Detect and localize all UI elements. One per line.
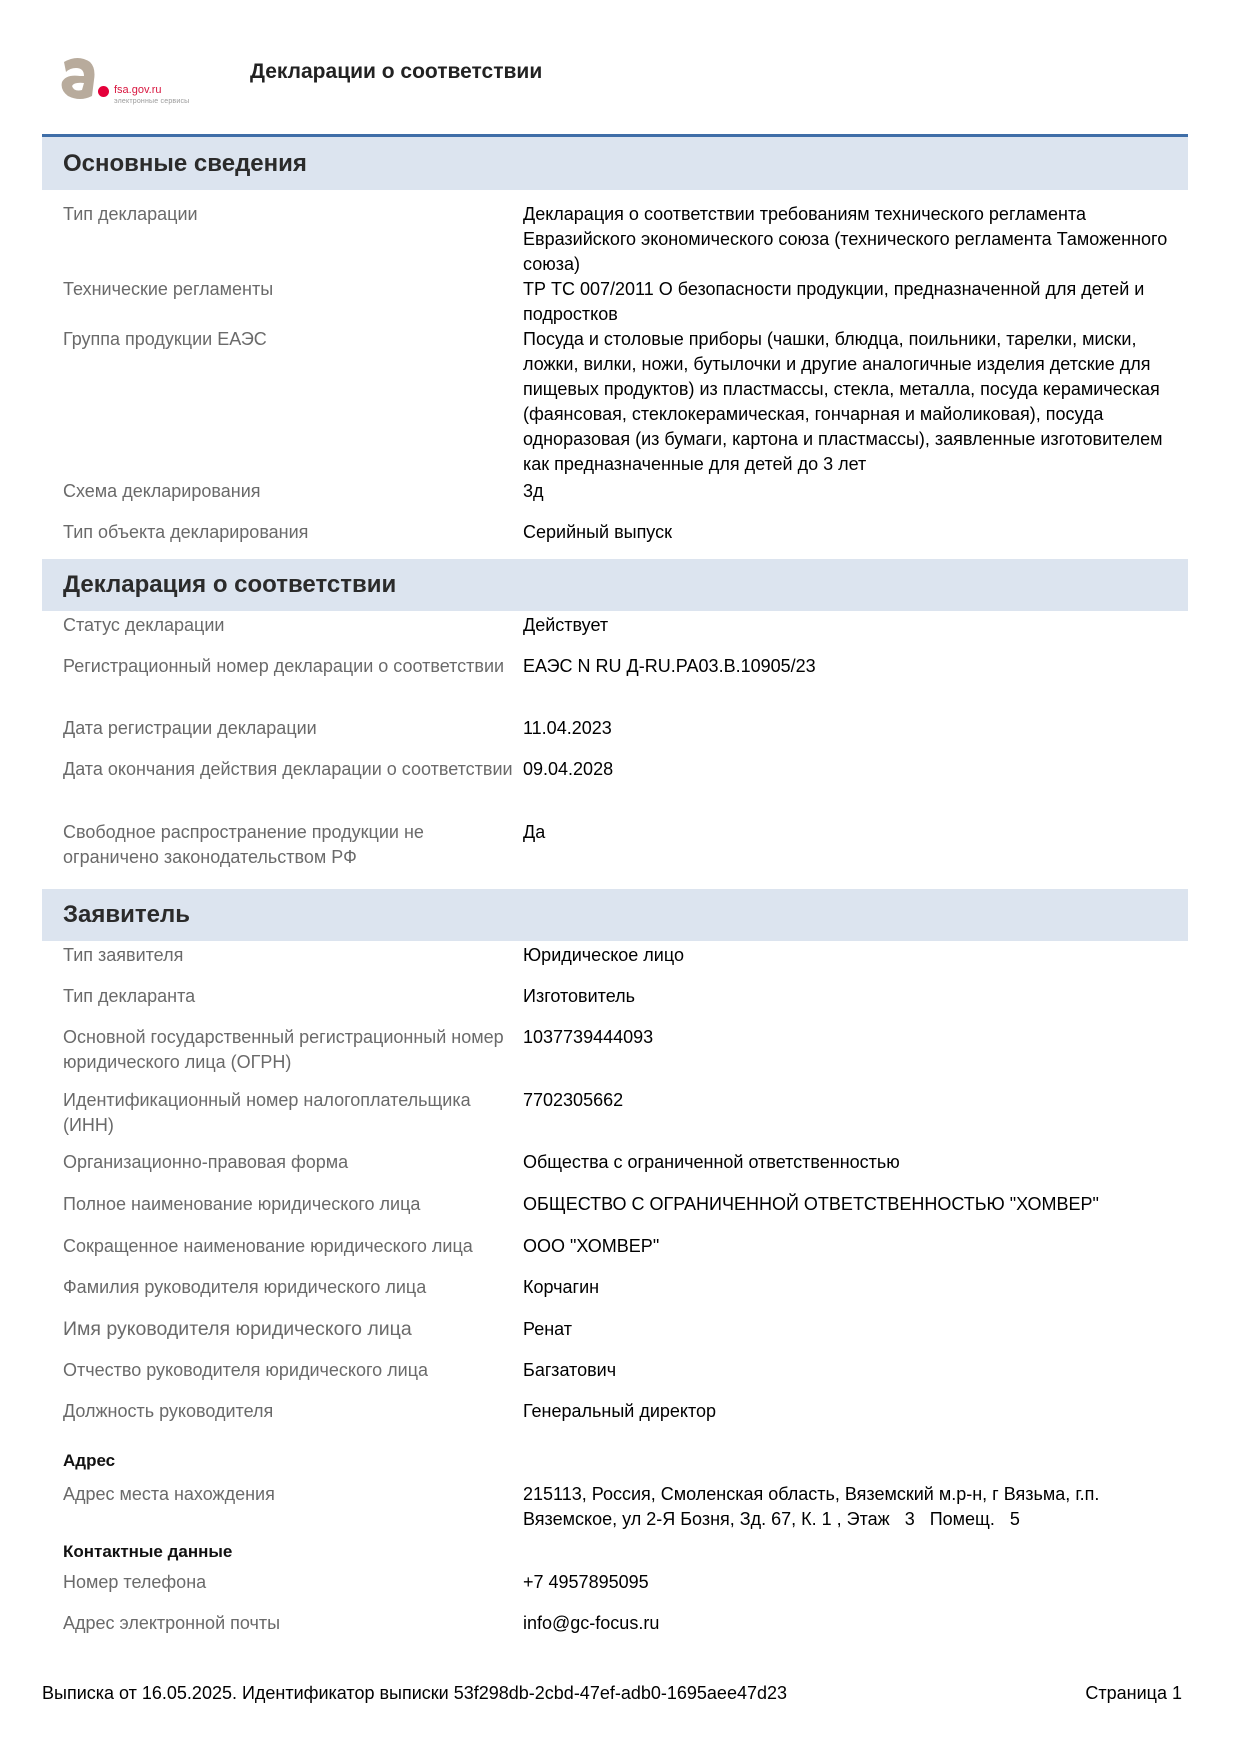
field-row: Группа продукции ЕАЭС Посуда и столовые … bbox=[42, 327, 1188, 479]
field-label: Схема декларирования bbox=[63, 479, 523, 520]
field-value: 09.04.2028 bbox=[523, 757, 1188, 820]
field-row: Дата окончания действия декларации о соо… bbox=[42, 757, 1188, 820]
field-label: Тип заявителя bbox=[63, 943, 523, 984]
field-row: Идентификационный номер налогоплательщик… bbox=[42, 1088, 1188, 1150]
field-label: Адрес электронной почты bbox=[63, 1611, 523, 1651]
field-label: Сокращенное наименование юридического ли… bbox=[63, 1234, 523, 1275]
field-row: Имя руководителя юридического лица Ренат bbox=[42, 1317, 1188, 1358]
field-value: ООО "ХОМВЕР" bbox=[523, 1234, 1188, 1275]
section-basic-heading: Основные сведения bbox=[42, 134, 1188, 190]
field-value: Декларация о соответствии требованиям те… bbox=[523, 202, 1188, 277]
logo-subtitle: электронные сервисы bbox=[114, 98, 189, 105]
field-value: Серийный выпуск bbox=[523, 520, 1188, 559]
field-row: Статус декларации Действует bbox=[42, 613, 1188, 654]
page-header: fsa.gov.ru электронные сервисы Деклараци… bbox=[0, 0, 1240, 130]
field-row: Фамилия руководителя юридического лица К… bbox=[42, 1275, 1188, 1317]
field-label: Организационно-правовая форма bbox=[63, 1150, 523, 1192]
field-value: Юридическое лицо bbox=[523, 943, 1188, 984]
field-value: 11.04.2023 bbox=[523, 716, 1188, 757]
page-title: Декларации о соответствии bbox=[250, 60, 542, 84]
field-value: Действует bbox=[523, 613, 1188, 654]
field-row: Тип декларации Декларация о соответствии… bbox=[42, 202, 1188, 277]
logo-site-name: fsa.gov.ru bbox=[114, 84, 162, 96]
field-label: Основной государственный регистрационный… bbox=[63, 1025, 523, 1088]
field-label: Имя руководителя юридического лица bbox=[63, 1317, 523, 1358]
field-label: Отчество руководителя юридического лица bbox=[63, 1358, 523, 1399]
field-value: Общества с ограниченной ответственностью bbox=[523, 1150, 1188, 1192]
field-value: Багзатович bbox=[523, 1358, 1188, 1399]
address-subheading: Адрес bbox=[42, 1449, 1188, 1482]
field-row: Отчество руководителя юридического лица … bbox=[42, 1358, 1188, 1399]
field-row: Свободное распространение продукции не о… bbox=[42, 820, 1188, 889]
field-row: Адрес электронной почты info@gc-focus.ru bbox=[42, 1611, 1188, 1651]
field-label: Дата регистрации декларации bbox=[63, 716, 523, 757]
field-label: Свободное распространение продукции не о… bbox=[63, 820, 523, 889]
section-declaration-heading: Декларация о соответствии bbox=[42, 559, 1188, 611]
field-value: 3д bbox=[523, 479, 1188, 520]
field-row: Тип декларанта Изготовитель bbox=[42, 984, 1188, 1025]
field-row: Организационно-правовая форма Общества с… bbox=[42, 1150, 1188, 1192]
extract-info: Выписка от 16.05.2025. Идентификатор вып… bbox=[42, 1683, 787, 1704]
field-row: Дата регистрации декларации 11.04.2023 bbox=[42, 716, 1188, 757]
field-value: ЕАЭС N RU Д-RU.РА03.В.10905/23 bbox=[523, 654, 1188, 716]
field-value: 7702305662 bbox=[523, 1088, 1188, 1150]
field-label: Полное наименование юридического лица bbox=[63, 1192, 523, 1234]
contacts-subheading: Контактные данные bbox=[42, 1540, 1188, 1570]
field-label: Должность руководителя bbox=[63, 1399, 523, 1449]
field-value: Корчагин bbox=[523, 1275, 1188, 1317]
field-value: Генеральный директор bbox=[523, 1399, 1188, 1449]
fsa-a-logo-icon bbox=[58, 56, 98, 100]
field-label: Адрес места нахождения bbox=[63, 1482, 523, 1540]
field-value: ОБЩЕСТВО С ОГРАНИЧЕННОЙ ОТВЕТСТВЕННОСТЬЮ… bbox=[523, 1192, 1188, 1234]
field-label: Номер телефона bbox=[63, 1570, 523, 1611]
field-row: Регистрационный номер декларации о соотв… bbox=[42, 654, 1188, 716]
field-row: Полное наименование юридического лица ОБ… bbox=[42, 1192, 1188, 1234]
field-value: Посуда и столовые приборы (чашки, блюдца… bbox=[523, 327, 1188, 479]
field-row: Адрес места нахождения 215113, Россия, С… bbox=[42, 1482, 1188, 1540]
field-row: Схема декларирования 3д bbox=[42, 479, 1188, 520]
field-label: Дата окончания действия декларации о соо… bbox=[63, 757, 523, 820]
document-body: Основные сведения Тип декларации Деклара… bbox=[42, 134, 1188, 1651]
email-value: info@gc-focus.ru bbox=[523, 1611, 1188, 1651]
field-value: 1037739444093 bbox=[523, 1025, 1188, 1088]
field-row: Сокращенное наименование юридического ли… bbox=[42, 1234, 1188, 1275]
field-label: Тип объекта декларирования bbox=[63, 520, 523, 559]
field-row: Технические регламенты ТР ТС 007/2011 О … bbox=[42, 277, 1188, 327]
field-row: Тип объекта декларирования Серийный выпу… bbox=[42, 520, 1188, 559]
field-label: Тип декларации bbox=[63, 202, 523, 277]
field-value: Изготовитель bbox=[523, 984, 1188, 1025]
field-row: Номер телефона +7 4957895095 bbox=[42, 1570, 1188, 1611]
field-row: Основной государственный регистрационный… bbox=[42, 1025, 1188, 1088]
field-value: ТР ТС 007/2011 О безопасности продукции,… bbox=[523, 277, 1188, 327]
field-label: Фамилия руководителя юридического лица bbox=[63, 1275, 523, 1317]
phone-value: +7 4957895095 bbox=[523, 1570, 1188, 1611]
field-row: Тип заявителя Юридическое лицо bbox=[42, 943, 1188, 984]
logo-red-dot bbox=[98, 86, 109, 97]
field-label: Тип декларанта bbox=[63, 984, 523, 1025]
field-label: Идентификационный номер налогоплательщик… bbox=[63, 1088, 523, 1150]
field-label: Группа продукции ЕАЭС bbox=[63, 327, 523, 479]
page-number: Страница 1 bbox=[1085, 1683, 1182, 1704]
field-value: Ренат bbox=[523, 1317, 1188, 1358]
field-row: Должность руководителя Генеральный дирек… bbox=[42, 1399, 1188, 1449]
section-applicant-heading: Заявитель bbox=[42, 889, 1188, 941]
field-value: Да bbox=[523, 820, 1188, 889]
field-value: 215113, Россия, Смоленская область, Вязе… bbox=[523, 1482, 1188, 1540]
fsa-logo[interactable]: fsa.gov.ru электронные сервисы bbox=[58, 56, 208, 112]
field-label: Статус декларации bbox=[63, 613, 523, 654]
field-label: Технические регламенты bbox=[63, 277, 523, 327]
field-label: Регистрационный номер декларации о соотв… bbox=[63, 654, 523, 716]
